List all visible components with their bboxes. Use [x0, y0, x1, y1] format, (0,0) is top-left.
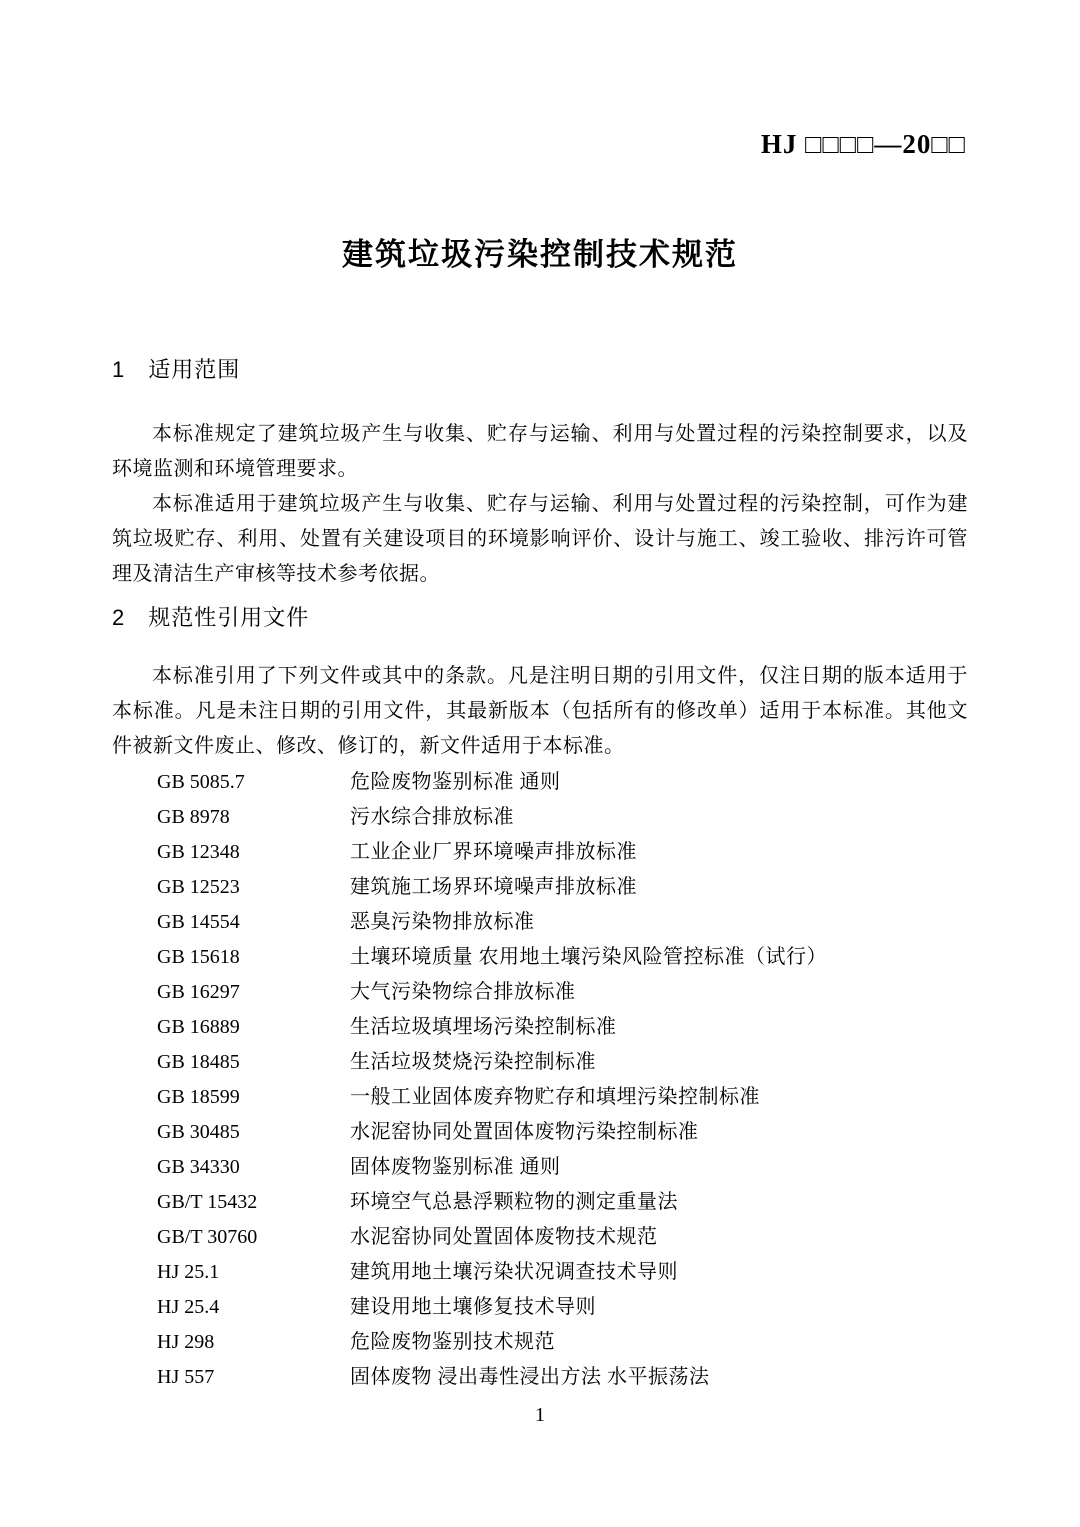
- reference-title: 一般工业固体废弃物贮存和填埋污染控制标准: [350, 1086, 760, 1108]
- reference-title: 大气污染物综合排放标准: [350, 981, 576, 1003]
- reference-code: HJ 25.1: [157, 1255, 350, 1290]
- reference-code: GB 30485: [157, 1115, 350, 1150]
- reference-code: GB 18485: [157, 1045, 350, 1080]
- reference-code: GB 14554: [157, 905, 350, 940]
- reference-code: GB 34330: [157, 1150, 350, 1185]
- section-1-paragraph-2: 本标准适用于建筑垃圾产生与收集、贮存与运输、利用与处置过程的污染控制，可作为建筑…: [112, 487, 968, 592]
- reference-row: GB 12523建筑施工场界环境噪声排放标准: [157, 870, 968, 905]
- reference-row: HJ 557固体废物 浸出毒性浸出方法 水平振荡法: [157, 1360, 968, 1395]
- reference-list: GB 5085.7危险废物鉴别标准 通则 GB 8978污水综合排放标准 GB …: [157, 765, 968, 1395]
- reference-row: GB 15618土壤环境质量 农用地土壤污染风险管控标准（试行）: [157, 940, 968, 975]
- section-1-paragraph-1: 本标准规定了建筑垃圾产生与收集、贮存与运输、利用与处置过程的污染控制要求，以及环…: [112, 417, 968, 487]
- reference-title: 污水综合排放标准: [350, 806, 514, 828]
- reference-row: GB 12348工业企业厂界环境噪声排放标准: [157, 835, 968, 870]
- reference-title: 恶臭污染物排放标准: [350, 911, 535, 933]
- reference-code: GB 12523: [157, 870, 350, 905]
- reference-title: 固体废物鉴别标准 通则: [350, 1156, 561, 1178]
- reference-code: GB 18599: [157, 1080, 350, 1115]
- reference-code: GB 15618: [157, 940, 350, 975]
- reference-row: GB 18599一般工业固体废弃物贮存和填埋污染控制标准: [157, 1080, 968, 1115]
- section-2-intro-paragraph: 本标准引用了下列文件或其中的条款。凡是注明日期的引用文件，仅注日期的版本适用于本…: [112, 659, 968, 764]
- document-header: HJ □□□□—20□□: [0, 0, 1080, 160]
- page-number: 1: [535, 1404, 545, 1426]
- reference-title: 土壤环境质量 农用地土壤污染风险管控标准（试行）: [350, 946, 827, 968]
- reference-code: HJ 298: [157, 1325, 350, 1360]
- reference-row: GB 18485生活垃圾焚烧污染控制标准: [157, 1045, 968, 1080]
- reference-row: HJ 25.4建设用地土壤修复技术导则: [157, 1290, 968, 1325]
- reference-row: GB 5085.7危险废物鉴别标准 通则: [157, 765, 968, 800]
- reference-title: 工业企业厂界环境噪声排放标准: [350, 841, 637, 863]
- reference-title: 固体废物 浸出毒性浸出方法 水平振荡法: [350, 1366, 710, 1388]
- document-page: HJ □□□□—20□□ 建筑垃圾污染控制技术规范 1适用范围 本标准规定了建筑…: [0, 0, 1080, 1527]
- reference-code: HJ 25.4: [157, 1290, 350, 1325]
- reference-code: GB 12348: [157, 835, 350, 870]
- section-1-label: 适用范围: [148, 356, 240, 384]
- reference-title: 水泥窑协同处置固体废物污染控制标准: [350, 1121, 699, 1143]
- reference-code: GB 16889: [157, 1010, 350, 1045]
- reference-row: GB 30485水泥窑协同处置固体废物污染控制标准: [157, 1115, 968, 1150]
- reference-title: 建筑用地土壤污染状况调查技术导则: [350, 1261, 678, 1283]
- reference-row: GB 34330固体废物鉴别标准 通则: [157, 1150, 968, 1185]
- reference-code: GB 16297: [157, 975, 350, 1010]
- reference-code: GB 5085.7: [157, 765, 350, 800]
- reference-title: 建设用地土壤修复技术导则: [350, 1296, 596, 1318]
- section-2-heading: 2规范性引用文件: [112, 604, 1080, 632]
- reference-title: 危险废物鉴别标准 通则: [350, 771, 561, 793]
- page-title: 建筑垃圾污染控制技术规范: [0, 234, 1080, 276]
- section-2-number: 2: [112, 604, 124, 632]
- reference-code: GB/T 15432: [157, 1185, 350, 1220]
- standard-number: HJ □□□□—20□□: [761, 129, 966, 159]
- reference-code: GB 8978: [157, 800, 350, 835]
- reference-row: HJ 298危险废物鉴别技术规范: [157, 1325, 968, 1360]
- reference-row: GB 16889生活垃圾填埋场污染控制标准: [157, 1010, 968, 1045]
- reference-code: GB/T 30760: [157, 1220, 350, 1255]
- reference-title: 危险废物鉴别技术规范: [350, 1331, 555, 1353]
- reference-code: HJ 557: [157, 1360, 350, 1395]
- reference-title: 建筑施工场界环境噪声排放标准: [350, 876, 637, 898]
- section-2-label: 规范性引用文件: [148, 604, 309, 632]
- page-footer: 1: [0, 1404, 1080, 1427]
- reference-row: GB 14554恶臭污染物排放标准: [157, 905, 968, 940]
- reference-title: 生活垃圾焚烧污染控制标准: [350, 1051, 596, 1073]
- section-1-heading: 1适用范围: [112, 356, 1080, 384]
- section-1-number: 1: [112, 356, 124, 384]
- reference-title: 水泥窑协同处置固体废物技术规范: [350, 1226, 658, 1248]
- reference-title: 环境空气总悬浮颗粒物的测定重量法: [350, 1191, 678, 1213]
- reference-row: HJ 25.1建筑用地土壤污染状况调查技术导则: [157, 1255, 968, 1290]
- reference-row: GB 8978污水综合排放标准: [157, 800, 968, 835]
- reference-row: GB 16297大气污染物综合排放标准: [157, 975, 968, 1010]
- reference-row: GB/T 15432环境空气总悬浮颗粒物的测定重量法: [157, 1185, 968, 1220]
- reference-title: 生活垃圾填埋场污染控制标准: [350, 1016, 617, 1038]
- reference-row: GB/T 30760水泥窑协同处置固体废物技术规范: [157, 1220, 968, 1255]
